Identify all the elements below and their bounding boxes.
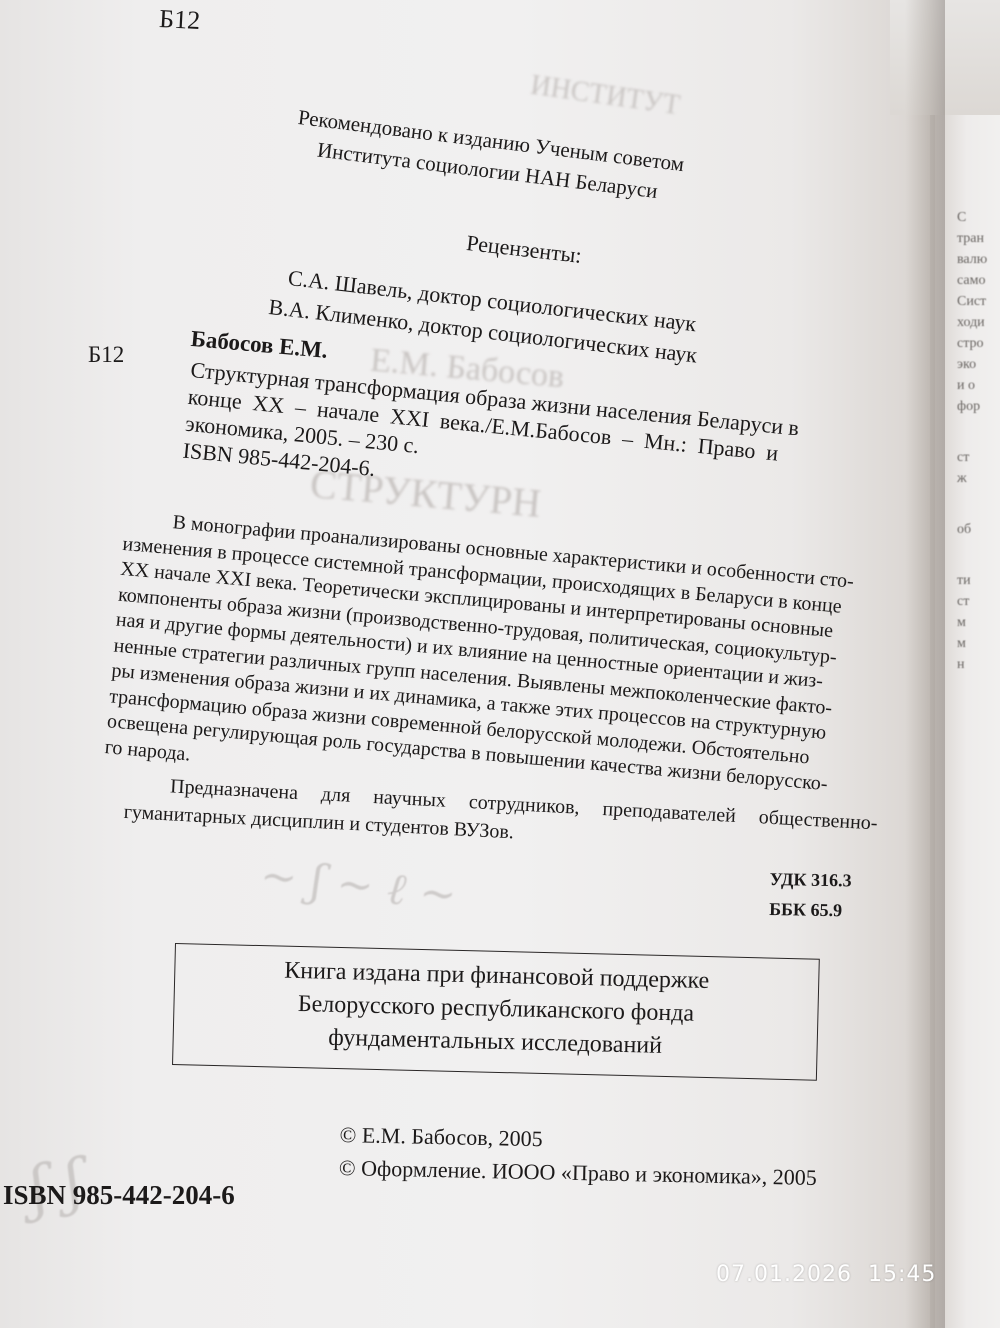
adjacent-page-fragment: м <box>957 636 966 652</box>
adjacent-page-fragment: эко <box>957 357 976 373</box>
isbn: ISBN 985-442-204-6 <box>3 1180 235 1211</box>
adjacent-page-fragment: м <box>957 615 966 631</box>
adjacent-page-fragment: Сист <box>957 294 986 310</box>
adjacent-page-fragment: н <box>957 657 965 673</box>
photo-timestamp: 07.01.202615:45 <box>716 1262 936 1287</box>
page-fold-shadow <box>905 0 945 1328</box>
classification-codes: УДК 316.3 ББК 65.9 <box>769 864 852 925</box>
adjacent-page-fragment: ж <box>957 471 967 487</box>
adjacent-page-fragment: ходи <box>957 315 985 331</box>
adjacent-page-fragment: об <box>957 522 971 538</box>
adjacent-page-fragment: и о <box>957 378 975 394</box>
adjacent-page-fragment: валю <box>957 252 987 268</box>
timestamp-date: 07.01.2026 <box>716 1262 852 1287</box>
funding-notice-box: Книга издана при финансовой поддержке Бе… <box>172 943 820 1081</box>
adjacent-page-fragment: само <box>957 273 985 289</box>
copyright-notice: © Е.М. Бабосов, 2005 © Оформление. ИООО … <box>339 1118 818 1194</box>
adjacent-page-fragment: фор <box>957 399 980 415</box>
library-code: Б12 <box>88 342 124 368</box>
adjacent-page-fragment: тран <box>957 231 984 247</box>
library-code-top: Б12 <box>158 4 200 36</box>
adjacent-page-fragment: стро <box>957 336 984 352</box>
adjacent-page-fragment: ти <box>957 573 971 589</box>
bbk-code: ББК 65.9 <box>769 894 851 925</box>
udk-code: УДК 316.3 <box>769 864 851 895</box>
adjacent-page-fragment: ст <box>957 450 969 466</box>
timestamp-time: 15:45 <box>868 1262 936 1287</box>
adjacent-page-fragment: С <box>957 210 966 226</box>
adjacent-page-fragment: ст <box>957 594 969 610</box>
